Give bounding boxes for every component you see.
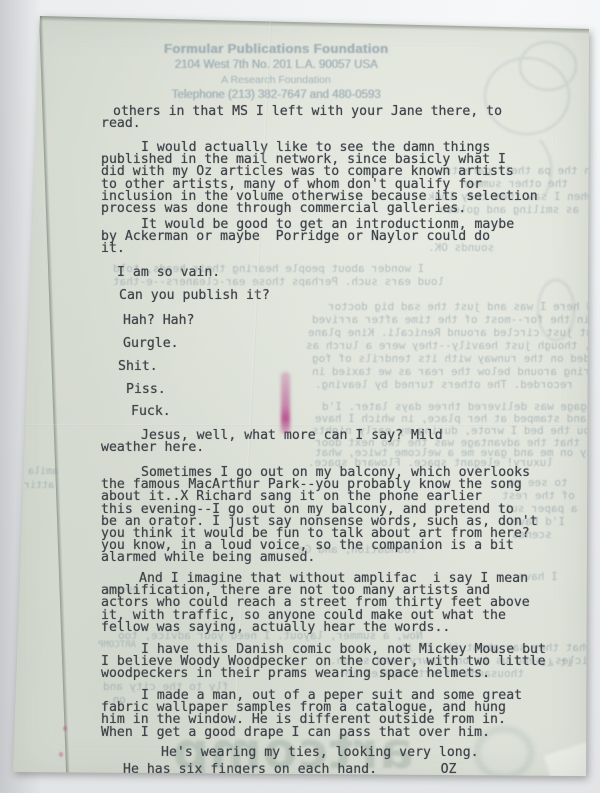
paper-top-edge-shadow [38, 15, 592, 34]
letterhead-bleedthrough: Formular Publications Foundation2104 Wes… [124, 40, 428, 103]
letter-paragraph: I made a man, out of a peper suit and so… [101, 690, 587, 739]
letter-paragraph: I am so vain. [101, 267, 600, 279]
letterhead-line: Formular Publications Foundation [124, 40, 428, 57]
letter-paragraph: And I imagine that without amplifac i sa… [101, 573, 587, 634]
magenta-ink-stain [281, 372, 290, 434]
letter-paragraph: I have this Danish comic book, not Micke… [101, 644, 587, 681]
letter-paragraph: Fuck. [101, 406, 600, 418]
letterhead-line: A Research Foundation [124, 73, 428, 88]
letter-paper: Formular Publications Foundation2104 Wes… [0, 0, 600, 793]
bleedthrough-line: attir [24, 480, 54, 491]
letter-paragraph: He has six fingers on each hand. OZ [101, 764, 600, 776]
letter-paragraph: Jesus, well, what more can I say? Mild w… [101, 430, 587, 454]
letter-paragraph: Shit. [101, 361, 600, 373]
letter-paragraph: I would actually like to see the damn th… [101, 142, 587, 215]
photo-background: Formular Publications Foundation2104 Wes… [0, 0, 600, 793]
fold-crease-horizontal [14, 424, 589, 426]
letter-paragraph: Hah? Hah? [101, 315, 600, 327]
letter-paragraph: Sometimes I go out on my balcony, which … [101, 467, 587, 565]
paper-shadow: Formular Publications Foundation2104 Wes… [0, 0, 600, 793]
letter-paragraph: He's wearing my ties, looking very long. [101, 747, 600, 759]
letterhead-line: 2104 West 7th No. 201 L.A. 90057 USA [124, 57, 428, 73]
pink-speck [59, 752, 63, 757]
letterhead-line: Telephone (213) 382-7647 and 480-0593 [124, 88, 428, 103]
pink-speck [63, 726, 67, 731]
bleedthrough-line: amila [28, 466, 58, 477]
bleedthrough-line: And here I was and just the sad big doct… [328, 301, 600, 312]
bleedthrough-line: at all, but just circled around Renicali… [308, 327, 600, 338]
letter-paragraph: It would be good to get an introductionm… [101, 219, 587, 256]
letter-paragraph: Can you publish it? [101, 290, 600, 302]
paper-left-edge-shadow [39, 16, 70, 774]
letter-paragraph: Gurgle. [101, 338, 600, 350]
letter-paragraph: others in that MS I left with your Jane … [101, 106, 587, 130]
letter-paragraph: Piss. [101, 384, 600, 396]
